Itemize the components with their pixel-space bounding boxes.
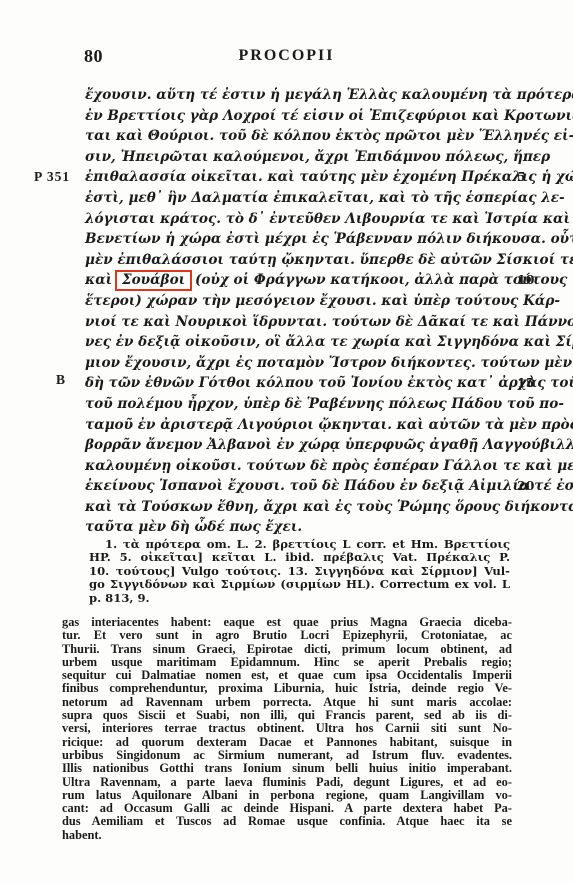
latin-text-line: Ultra Ravennam, a parte laeva fluminis P… — [62, 776, 512, 789]
greek-text-line: τοῦ πολέμου ἦρχον, ὑπὲρ δὲ Ῥαβέννης πόλε… — [85, 394, 513, 415]
margin-note-page-ref: P 351 — [34, 169, 70, 185]
greek-line-text: νιοί τε καὶ Νουρικοὶ ἵδρυνται. τούτων δὲ… — [85, 314, 573, 330]
latin-text-line: supra quos Siscii et Suabi, non illi, qu… — [62, 709, 512, 722]
latin-text-line: Thurii. Trans sinum Graeci, Epirotae dic… — [62, 643, 512, 656]
critical-apparatus-block: 1. τὰ πρότερα om. L. 2. βρεττίοις L corr… — [89, 538, 510, 605]
greek-line-text: δὴ τῶν ἐθνῶν Γότθοι κόλπου τοῦ Ἰονίου ἐκ… — [85, 375, 573, 391]
greek-text-line: μὲν ἐπιθαλάσσιοι ταύτῃ ᾤκηνται. ὕπερθε δ… — [85, 250, 513, 271]
line-number: 15 — [517, 373, 534, 394]
line-number: 10 — [517, 270, 534, 291]
book-page: 80 PROCOPII P 351 B ἔχουσιν. αὕτη τέ ἐστ… — [0, 0, 573, 883]
greek-text-line: λόγισται κράτος. τὸ δ᾽ ἐντεῦθεν Λιβουρνί… — [85, 209, 513, 230]
greek-lines-a: ἔχουσιν. αὕτη τέ ἐστιν ἡ μεγάλη Ἑλλὰς κα… — [85, 85, 513, 270]
greek-line-text: ται καὶ Θούριοι. τοῦ δὲ κόλπου ἐκτὸς πρῶ… — [85, 128, 573, 144]
greek-text-line: ἐπιθαλασσία οἰκεῖται. καὶ ταύτης μὲν ἐχο… — [85, 167, 513, 188]
latin-lines: gas interiacentes habent: eaque est quae… — [62, 616, 512, 829]
greek-line-text: λόγισται κράτος. τὸ δ᾽ ἐντεῦθεν Λιβουρνί… — [85, 211, 570, 227]
latin-text-line: gas interiacentes habent: eaque est quae… — [62, 616, 512, 629]
apparatus-line: 1. τὰ πρότερα om. L. 2. βρεττίοις L corr… — [89, 538, 510, 551]
greek-line-text: ταμοῦ ἐν ἀριστερᾷ Λιγούριοι ᾤκηνται. καὶ… — [85, 417, 573, 433]
greek-line-text: καὶ — [85, 272, 117, 288]
greek-line-text: ἐν Βρεττίοις γὰρ Λοχροί τέ εἰσιν οἱ Ἐπιζ… — [85, 108, 573, 124]
greek-text-line: μιον ἔχουσιν, ἄχρι ἐς ποταμὸν Ἴστρον διή… — [85, 353, 513, 374]
greek-text-line: ται καὶ Θούριοι. τοῦ δὲ κόλπου ἐκτὸς πρῶ… — [85, 126, 513, 147]
greek-line-text: μιον ἔχουσιν, ἄχρι ἐς ποταμὸν Ἴστρον διή… — [85, 355, 572, 371]
greek-line-text: ἐπιθαλασσία οἰκεῖται. καὶ ταύτης μὲν ἐχο… — [85, 169, 573, 185]
greek-line-text: νες ἐν δεξιᾷ οἰκοῦσιν, οἳ ἄλλα τε χωρία … — [85, 334, 573, 350]
latin-text-line: netorum ad Ravennam urbem porrecta. Atqu… — [62, 696, 512, 709]
greek-text-line: σιν, Ἠπειρῶται καλούμενοι, ἄχρι Ἐπιδάμνο… — [85, 147, 513, 168]
line-number: 5 — [517, 167, 526, 188]
greek-line-text: Βενετίων ἡ χώρα ἐστὶ μέχρι ἐς Ῥάβενναν π… — [85, 231, 573, 247]
greek-line-text: σιν, Ἠπειρῶται καλούμενοι, ἄχρι Ἐπιδάμνο… — [85, 149, 550, 165]
greek-text-line: ἕτεροι) χώραν τὴν μεσόγειον ἔχουσι. καὶ … — [85, 291, 513, 312]
greek-line-text: καλουμένῃ οἰκοῦσι. τούτων δὲ πρὸς ἑσπέρα… — [85, 458, 573, 474]
greek-text-block: ἔχουσιν. αὕτη τέ ἐστιν ἡ μεγάλη Ἑλλὰς κα… — [85, 85, 513, 538]
greek-text-line-10: καὶ Σουάβοι (οὐχ οἱ Φράγγων κατήκοοι, ἀλ… — [85, 270, 513, 291]
greek-text-line: ἐστὶ, μεθ᾽ ἣν Δαλματία ἐπικαλεῖται, καὶ … — [85, 188, 513, 209]
greek-text-line: δὴ τῶν ἐθνῶν Γότθοι κόλπου τοῦ Ἰονίου ἐκ… — [85, 373, 513, 394]
greek-line-text: ἐστὶ, μεθ᾽ ἣν Δαλματία ἐπικαλεῖται, καὶ … — [85, 190, 565, 206]
greek-text-line: βορρᾶν ἄνεμον Ἀλβανοὶ ἐν χώρᾳ ὑπερφυῶς ἀ… — [85, 435, 513, 456]
latin-text-line: sequitur cui Dalmatiae nomen est, et qua… — [62, 669, 512, 682]
greek-line-text: τοῦ πολέμου ἦρχον, ὑπὲρ δὲ Ῥαβέννης πόλε… — [85, 396, 564, 412]
apparatus-line: go Σιγγιδόνων καὶ Σιρμίων (σιρμίων HL). … — [89, 578, 510, 591]
margin-note-section-ref: B — [56, 372, 65, 388]
greek-text-line: ἔχουσιν. αὕτη τέ ἐστιν ἡ μεγάλη Ἑλλὰς κα… — [85, 85, 513, 106]
latin-text-line: Illis nationibus Gotthi trans Ionium sin… — [62, 762, 512, 775]
greek-text-line: ἐκείνους Ἱσπανοὶ ἔχουσι. τοῦ δὲ Πάδου ἐν… — [85, 476, 513, 497]
apparatus-lines: 1. τὰ πρότερα om. L. 2. βρεττίοις L corr… — [89, 538, 510, 592]
latin-text-line: versi, interiores terrae tractus obtinen… — [62, 722, 512, 735]
highlight-box-souaboi[interactable]: Σουάβοι — [115, 270, 192, 291]
greek-lines-b: ἕτεροι) χώραν τὴν μεσόγειον ἔχουσι. καὶ … — [85, 291, 513, 518]
greek-line-text: ἕτεροι) χώραν τὴν μεσόγειον ἔχουσι. καὶ … — [85, 293, 560, 309]
latin-text-line: ricique: ad quorum dexteram Dacae et Pan… — [62, 736, 512, 749]
line-number: 20 — [517, 476, 534, 497]
greek-line-text: καὶ τὰ Τούσκων ἔθνη, ἄχρι καὶ ἐς τοὺς Ῥώ… — [85, 499, 573, 515]
latin-translation-block: gas interiacentes habent: eaque est quae… — [62, 616, 512, 842]
greek-closing-line: ταῦτα μὲν δὴ ὧδέ πως ἔχει. — [85, 517, 513, 538]
greek-text-line: νιοί τε καὶ Νουρικοὶ ἵδρυνται. τούτων δὲ… — [85, 312, 513, 333]
apparatus-line: 10. τούτους] Vulgo τούτοις. 13. Σιγγηδόν… — [89, 565, 510, 578]
latin-text-line: urbem usque maritimam Epidamnum. Hinc se… — [62, 656, 512, 669]
apparatus-line: HP. 5. οἰκεῖται] κεῖται L. ibid. πρέβαλι… — [89, 551, 510, 564]
greek-text-line: καὶ τὰ Τούσκων ἔθνη, ἄχρι καὶ ἐς τοὺς Ῥώ… — [85, 497, 513, 518]
greek-line-text: ἐκείνους Ἱσπανοὶ ἔχουσι. τοῦ δὲ Πάδου ἐν… — [85, 478, 573, 494]
latin-text-line: cant: ad Occasum Galli ac deinde Hispani… — [62, 802, 512, 815]
greek-line-text: βορρᾶν ἄνεμον Ἀλβανοὶ ἐν χώρᾳ ὑπερφυῶς ἀ… — [85, 437, 573, 453]
apparatus-last-line: p. 813, 9. — [89, 592, 510, 605]
greek-text-line: ἐν Βρεττίοις γὰρ Λοχροί τέ εἰσιν οἱ Ἐπιζ… — [85, 106, 513, 127]
greek-line-text: ἔχουσιν. αὕτη τέ ἐστιν ἡ μεγάλη Ἑλλὰς κα… — [85, 87, 573, 103]
greek-text-line: καλουμένῃ οἰκοῦσι. τούτων δὲ πρὸς ἑσπέρα… — [85, 456, 513, 477]
greek-text-line: νες ἐν δεξιᾷ οἰκοῦσιν, οἳ ἄλλα τε χωρία … — [85, 332, 513, 353]
greek-line-text: μὲν ἐπιθαλάσσιοι ταύτῃ ᾤκηνται. ὕπερθε δ… — [85, 252, 573, 268]
latin-text-line: finibus comprehenduntur, proxima Liburni… — [62, 682, 512, 695]
greek-line-text: (οὐχ οἱ Φράγγων κατήκοοι, ἀλλὰ παρὰ τούτ… — [190, 272, 567, 288]
running-title: PROCOPII — [0, 47, 573, 65]
latin-text-line: dus Aemiliam et Tuscos ad Romae usque co… — [62, 815, 512, 828]
latin-text-line: rum latus Aquilonare Albani in perbona r… — [62, 789, 512, 802]
latin-last-line: habent. — [62, 829, 512, 842]
latin-text-line: urbibus Singidonum ac Sirmium numerant, … — [62, 749, 512, 762]
greek-text-line: ταμοῦ ἐν ἀριστερᾷ Λιγούριοι ᾤκηνται. καὶ… — [85, 415, 513, 436]
greek-text-line: Βενετίων ἡ χώρα ἐστὶ μέχρι ἐς Ῥάβενναν π… — [85, 229, 513, 250]
latin-text-line: tur. Et vero sunt in agro Brutio Locri E… — [62, 629, 512, 642]
